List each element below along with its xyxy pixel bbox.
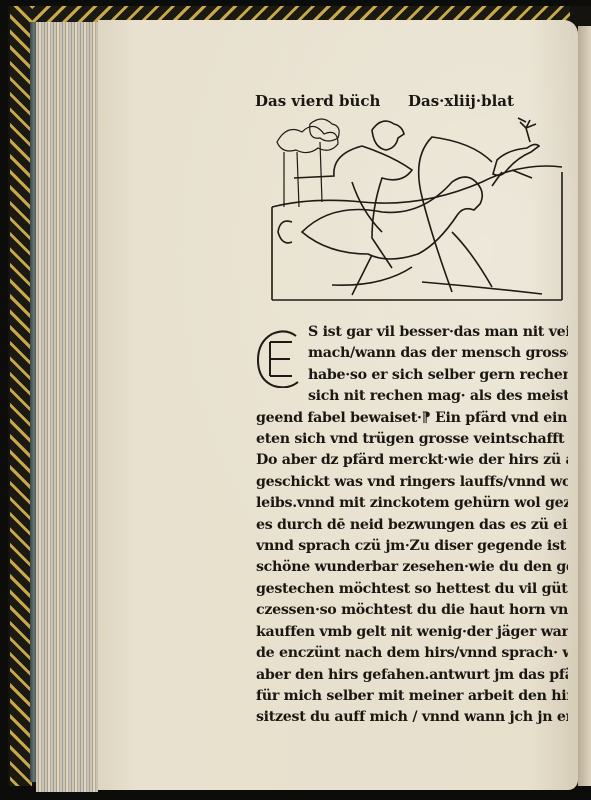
text-line: mach/wann das der mensch grosse nachreu — [256, 343, 568, 364]
body-text: S ist gar vil besser·das man nit veintsc… — [256, 322, 568, 729]
text-line: eten sich vnd trügen grosse veintschafft… — [256, 429, 568, 450]
text-line: für mich selber mit meiner arbeit den hi… — [256, 686, 568, 707]
text-line: kauffen vmb gelt nit wenig·der jäger war… — [256, 622, 568, 643]
text-line: aber den hirs gefahen.antwurt jm das pfä… — [256, 665, 568, 686]
text-line: czessen·so möchtest du die haut horn vnn… — [256, 600, 568, 621]
text-line: geschickt was vnd ringers lauffs/vnnd wo… — [256, 472, 568, 493]
text-line: S ist gar vil besser·das man nit veintsc… — [256, 322, 568, 343]
text-line: Do aber dz pfärd merckt·wie der hirs zü … — [256, 450, 568, 471]
running-head-right: Das·xliij·blat — [408, 92, 514, 110]
woodcut-hunter-horse-stag-icon — [262, 112, 566, 302]
text-line: habe·so er sich selber gern rechen wölt·… — [256, 365, 568, 386]
text-line: gestechen möchtest so hettest du vil güt… — [256, 579, 568, 600]
facing-page-edge — [578, 26, 591, 786]
text-line: sitzest du auff mich / vnnd wann jch jn … — [256, 707, 568, 728]
gilt-border-left — [10, 6, 32, 786]
running-head-left: Das vierd büch — [255, 92, 380, 110]
text-line: schöne wunderbar zesehen·wie du den gesc… — [256, 557, 568, 578]
text-line: de enczünt nach dem hirs/vnnd sprach· wi… — [256, 643, 568, 664]
text-line: sich nit rechen mag· als des meisters na… — [256, 386, 568, 407]
text-line: es durch dē neid bezwungen das es zü ein… — [256, 515, 568, 536]
text-line: vnnd sprach czü jm·Zu diser gegende ist … — [256, 536, 568, 557]
text-line: leibs.vnnd mit zinckotem gehürn wol gezi… — [256, 493, 568, 514]
text-line: geend fabel bewaiset·⁋ Ein pfärd vnd ein… — [256, 408, 568, 429]
page-edges — [36, 22, 98, 792]
